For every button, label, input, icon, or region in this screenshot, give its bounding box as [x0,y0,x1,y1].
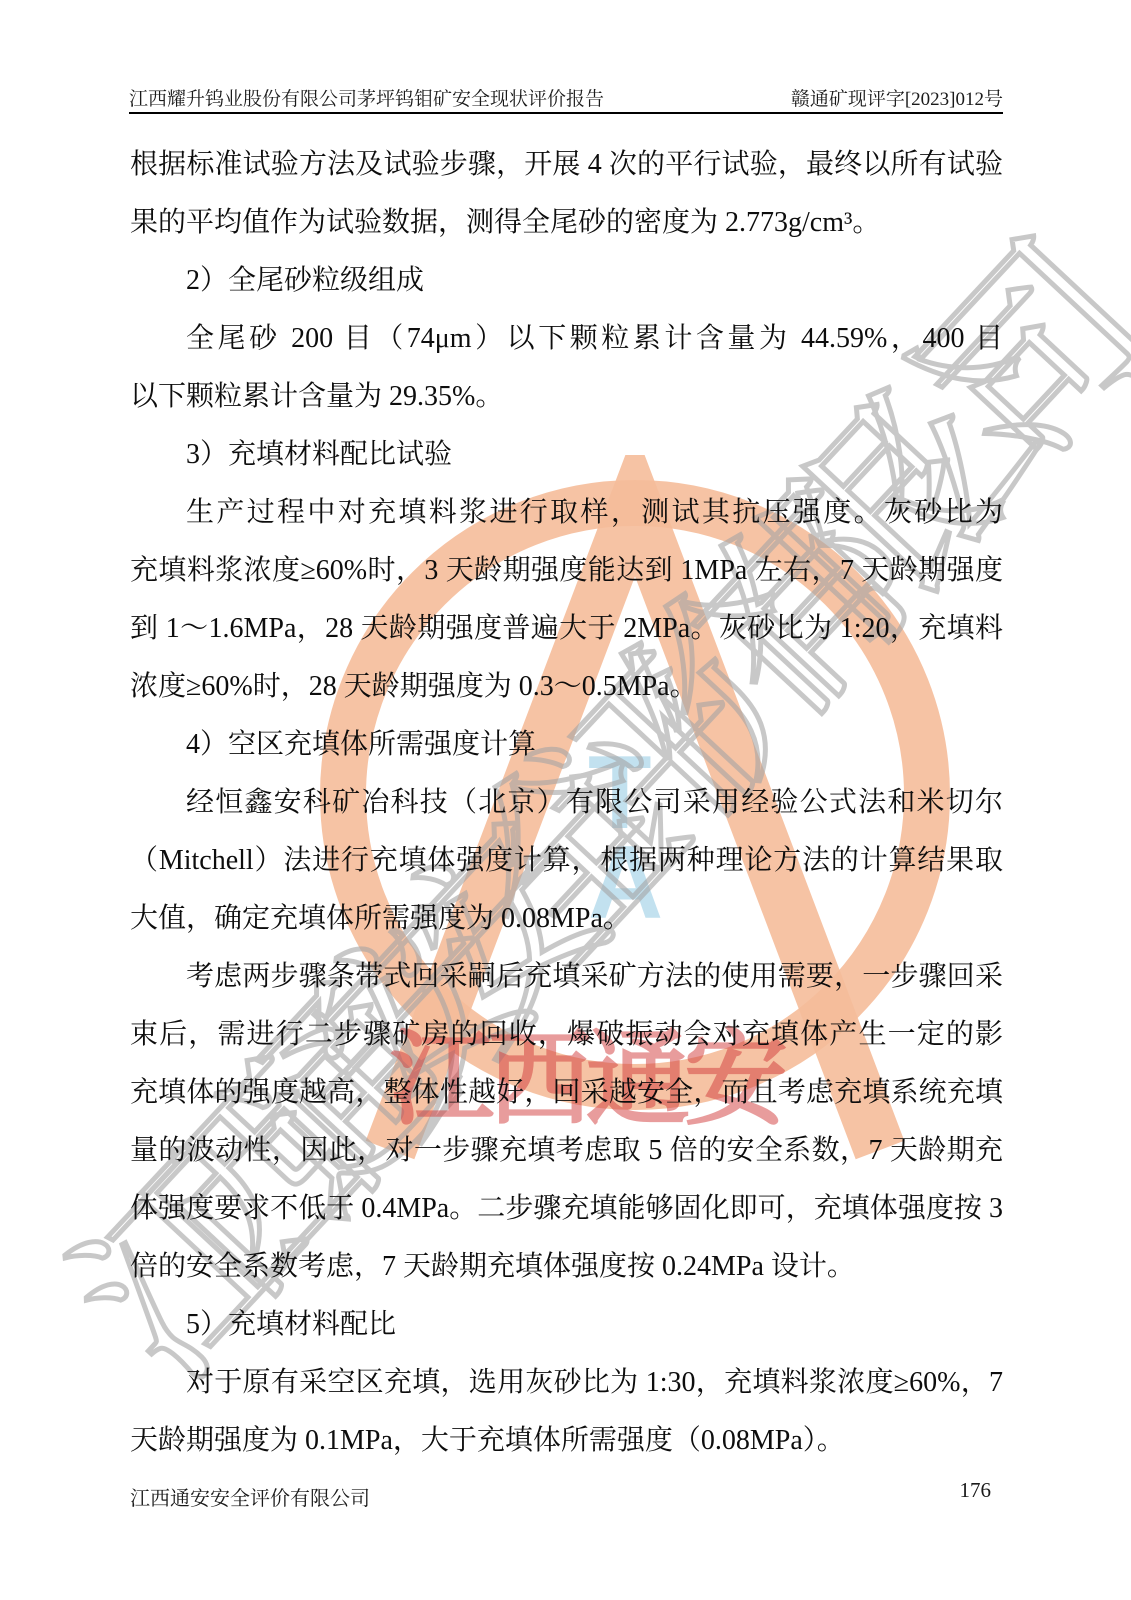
body-line: 5）充填材料配比 [130,1296,1003,1354]
body-line: 生产过程中对充填料浆进行取样，测试其抗压强度。灰砂比为 1:8， [130,484,1003,542]
header-document-number: 赣通矿现评字[2023]012号 [791,84,1003,111]
body-line: 考虑两步骤条带式回采嗣后充填采矿方法的使用需要，一步骤回采结 [130,948,1003,1006]
body-line: 浓度≥60%时，28 天龄期强度为 0.3～0.5MPa。 [130,658,1003,716]
body-line: 束后，需进行二步骤矿房的回收，爆破振动会对充填体产生一定的影响， [130,1006,1003,1064]
footer-page-number: 176 [960,1478,992,1503]
body-line: 倍的安全系数考虑，7 天龄期充填体强度按 0.24MPa 设计。 [130,1238,1003,1296]
document-page: TA 江西通安安全评价有限公司 江西通安 江西耀升钨业股份有限公司茅坪钨钼矿安全… [0,0,1131,1600]
header-report-title: 江西耀升钨业股份有限公司茅坪钨钼矿安全现状评价报告 [129,84,604,111]
document-body: 根据标准试验方法及试验步骤，开展 4 次的平行试验，最终以所有试验结 果的平均值… [130,136,1003,1470]
body-line: 对于原有采空区充填，选用灰砂比为 1:30，充填料浆浓度≥60%，7 [130,1354,1003,1412]
body-line: 到 1～1.6MPa，28 天龄期强度普遍大于 2MPa。灰砂比为 1:20，充… [130,600,1003,658]
footer-company-name: 江西通安安全评价有限公司 [130,1482,370,1511]
body-line: 根据标准试验方法及试验步骤，开展 4 次的平行试验，最终以所有试验结 [130,136,1003,194]
body-line: 天龄期强度为 0.1MPa，大于充填体所需强度（0.08MPa）。 [130,1412,1003,1470]
body-line: 体强度要求不低于 0.4MPa。二步骤充填能够固化即可，充填体强度按 3 [130,1180,1003,1238]
header-divider [129,112,1003,114]
body-line: （Mitchell）法进行充填体强度计算，根据两种理论方法的计算结果取最 [130,832,1003,890]
body-line: 充填料浆浓度≥60%时，3 天龄期强度能达到 1MPa 左右，7 天龄期强度达 [130,542,1003,600]
body-line: 2）全尾砂粒级组成 [130,252,1003,310]
body-line: 大值，确定充填体所需强度为 0.08MPa。 [130,890,1003,948]
body-line: 以下颗粒累计含量为 29.35%。 [130,368,1003,426]
body-line: 全尾砂 200 目（74μm）以下颗粒累计含量为 44.59%，400 目（37… [130,310,1003,368]
body-line: 量的波动性，因此，对一步骤充填考虑取 5 倍的安全系数，7 天龄期充填 [130,1122,1003,1180]
body-line: 经恒鑫安科矿冶科技（北京）有限公司采用经验公式法和米切尔 [130,774,1003,832]
body-line: 果的平均值作为试验数据，测得全尾砂的密度为 2.773g/cm³。 [130,194,1003,252]
body-line: 充填体的强度越高，整体性越好，回采越安全，而且考虑充填系统充填质 [130,1064,1003,1122]
body-line: 3）充填材料配比试验 [130,426,1003,484]
page-header: 江西耀升钨业股份有限公司茅坪钨钼矿安全现状评价报告 赣通矿现评字[2023]01… [129,84,1003,111]
body-line: 4）空区充填体所需强度计算 [130,716,1003,774]
